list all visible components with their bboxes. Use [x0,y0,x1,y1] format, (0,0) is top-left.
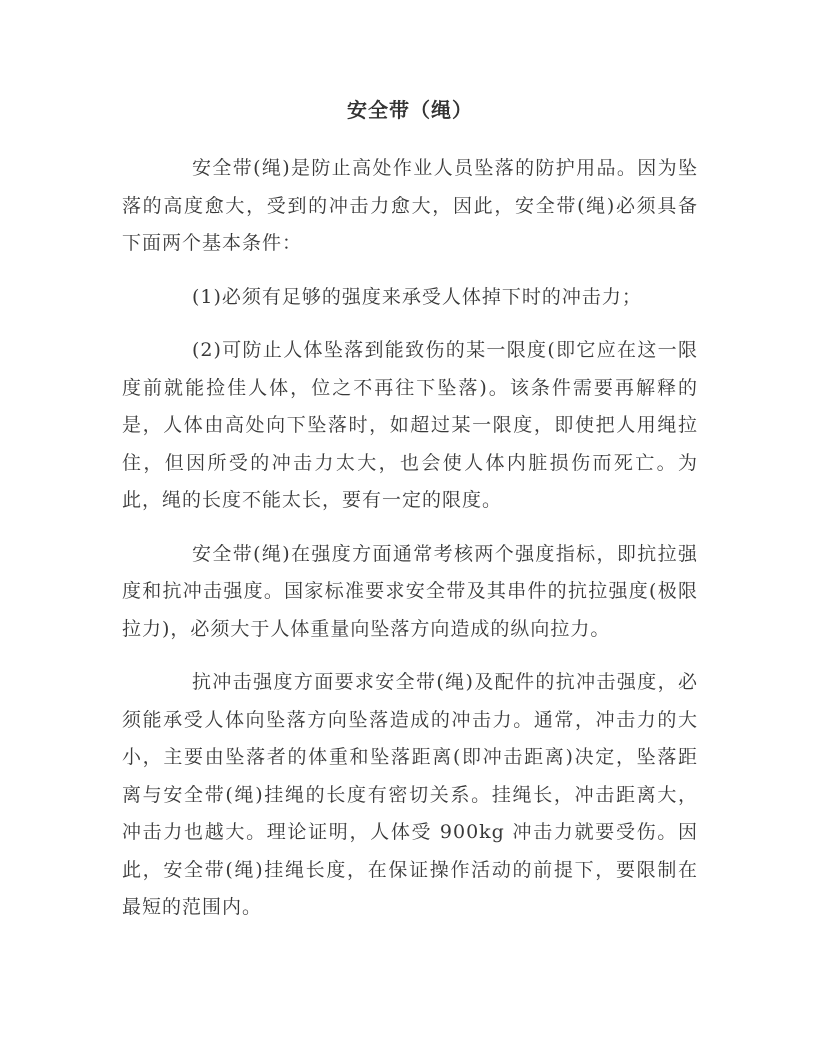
paragraph-impact-strength: 抗冲击强度方面要求安全带(绳)及配件的抗冲击强度，必须能承受人体向坠落方向坠落造… [122,664,698,927]
paragraph-strength-indicators: 安全带(绳)在强度方面通常考核两个强度指标，即抗拉强度和抗冲击强度。国家标准要求… [122,536,698,649]
document-page: 安全带（绳） 安全带(绳)是防止高处作业人员坠落的防护用品。因为坠落的高度愈大，… [0,0,816,1056]
paragraph-condition-1: (1)必须有足够的强度来承受人体掉下时的冲击力； [122,279,698,317]
paragraph-intro: 安全带(绳)是防止高处作业人员坠落的防护用品。因为坠落的高度愈大，受到的冲击力愈… [122,150,698,263]
paragraph-condition-2: (2)可防止人体坠落到能致伤的某一限度(即它应在这一限度前就能捡佳人体，位之不再… [122,332,698,520]
document-title: 安全带（绳） [122,92,698,128]
